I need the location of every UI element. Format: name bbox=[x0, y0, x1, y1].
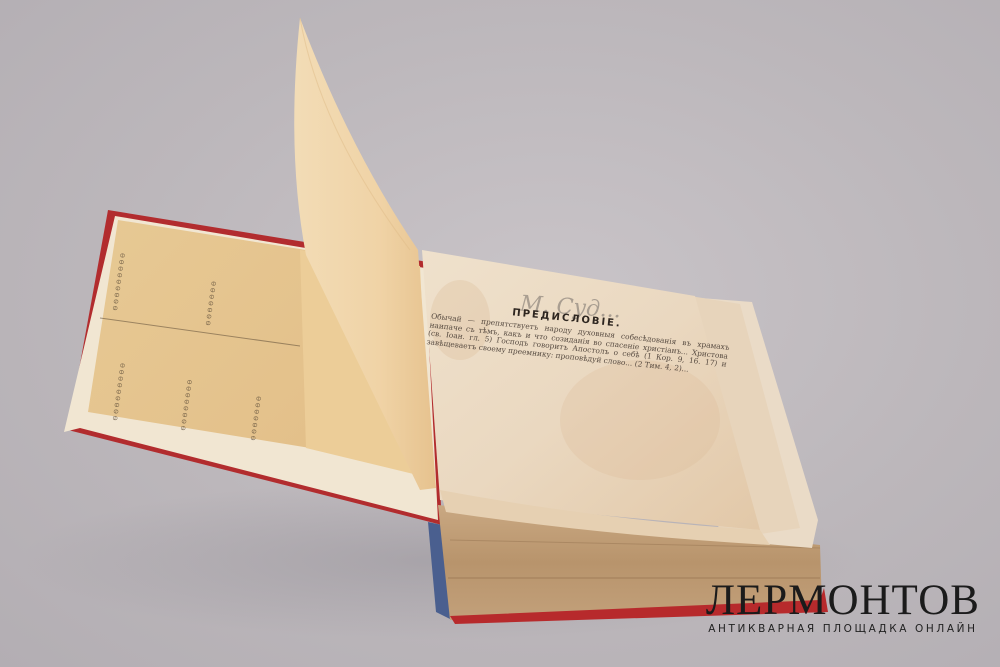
logo-title: ЛЕРМОНТОВ bbox=[706, 581, 980, 621]
logo-subtitle: АНТИКВАРНАЯ ПЛОЩАДКА ОНЛАЙН bbox=[706, 623, 980, 635]
watermark-logo: ЛЕРМОНТОВ АНТИКВАРНАЯ ПЛОЩАДКА ОНЛАЙН bbox=[706, 581, 980, 635]
